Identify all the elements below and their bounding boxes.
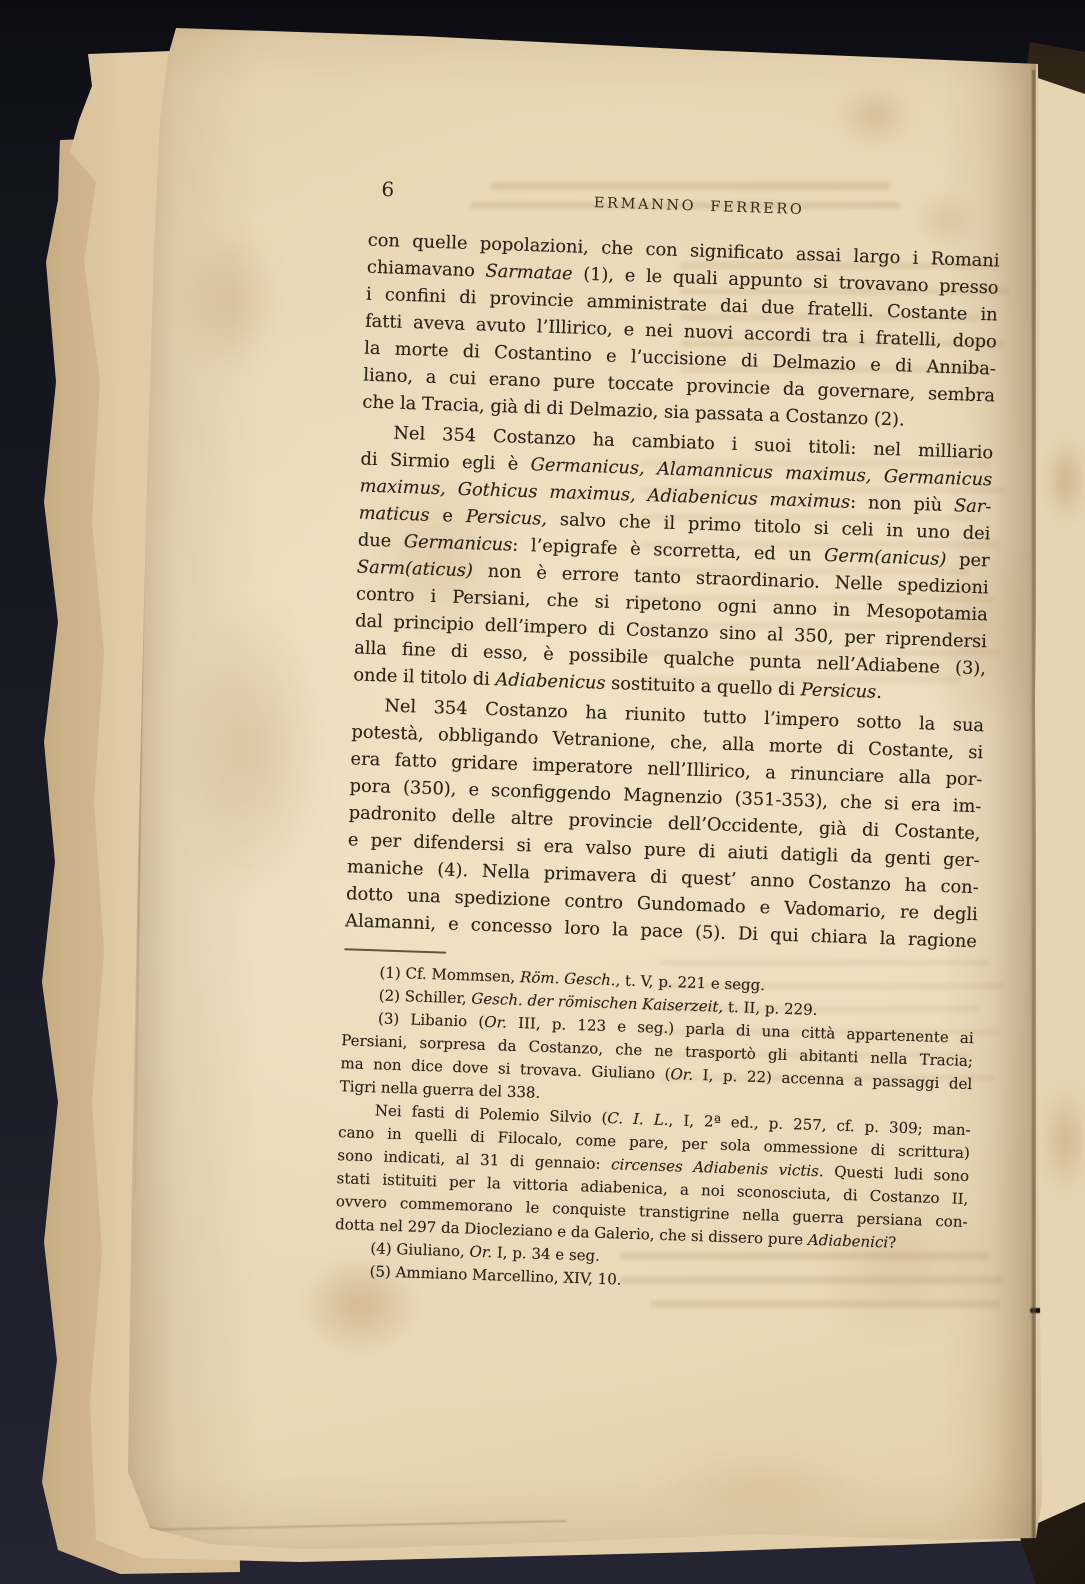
footnote-separator: [344, 948, 446, 953]
book-page: 6 ERMANNO FERRERO con quelle popolazioni…: [0, 0, 1085, 1584]
scanned-book-photo: 6 ERMANNO FERRERO con quelle popolazioni…: [0, 0, 1085, 1584]
paragraph: Nel 354 Costanzo ha cambiato i suoi tito…: [353, 419, 994, 710]
paragraph: con quelle popolazioni, che con signific…: [362, 227, 1000, 437]
paper-stain: [820, 70, 930, 160]
paper-stain: [150, 540, 350, 960]
page-number: 6: [381, 177, 395, 201]
footnotes: (1) Cf. Mommsen, Röm. Gesch., t. V, p. 2…: [333, 960, 975, 1303]
paper-stain: [600, 1430, 920, 1540]
page-content: 6 ERMANNO FERRERO con quelle popolazioni…: [313, 174, 1005, 1303]
paper-stain: [1036, 420, 1085, 540]
running-head: ERMANNO FERRERO: [594, 195, 805, 218]
body-text: con quelle popolazioni, che con signific…: [345, 227, 1000, 956]
gutter-fold-line: [1032, 70, 1035, 1540]
paper-stain: [160, 200, 300, 400]
paragraph: Nel 354 Costanzo ha riunito tutto l’impe…: [345, 691, 985, 955]
